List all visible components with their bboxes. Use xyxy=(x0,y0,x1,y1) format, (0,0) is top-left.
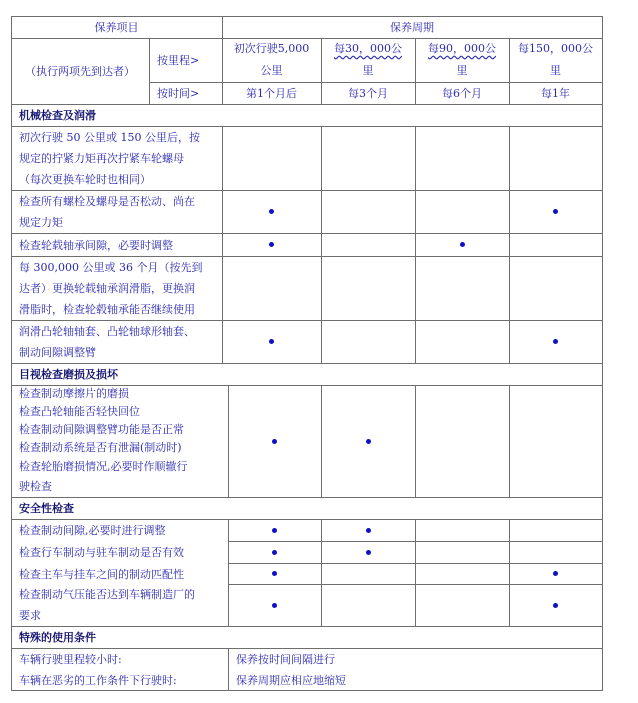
mark-cell xyxy=(228,584,321,626)
item-line: 检查凸轮轴能否轻快回位 xyxy=(19,403,140,421)
bullet-mark-icon xyxy=(269,242,274,247)
section-title-text: 目视检查磨损及损坏 xyxy=(19,366,118,382)
section-title-text: 特殊的使用条件 xyxy=(19,629,96,645)
divider xyxy=(415,519,416,626)
divider xyxy=(509,385,510,497)
priority-note-text: （执行两项先到达者） xyxy=(25,63,135,79)
item-line: 检查行车制动与驻车制动是否有效 xyxy=(19,544,184,560)
bullet-mark-icon xyxy=(269,339,274,344)
bullet-mark-icon xyxy=(272,571,277,576)
mark-cell xyxy=(228,541,321,563)
table-row-item: 检查所有螺栓及螺母是否松动、尚在 规定力矩 xyxy=(11,190,222,233)
item-line: 润滑凸轮轴轴套、凸轮轴球形轴套、 xyxy=(19,321,195,342)
by-mileage-text: 按里程> xyxy=(157,52,199,68)
item-line: 检查制动间隙,必要时进行调整 xyxy=(19,522,166,538)
table-row-item: 每 300,000 公里或 36 个月（按先到 达者）更换轮载轴承润滑脂，更换润… xyxy=(11,256,222,320)
item-line: 检查轮胎磨损情况,必要时作顺辙行 xyxy=(19,457,188,477)
item-line: 规定力矩 xyxy=(19,212,63,233)
item-line: 检查主车与挂车之间的制动匹配性 xyxy=(19,566,184,582)
item-line: 制动间隙调整臂 xyxy=(19,342,96,363)
item-title-text: 保养项目 xyxy=(95,19,139,35)
bullet-mark-icon xyxy=(272,603,277,608)
table-row-item: 检查制动间隙,必要时进行调整 xyxy=(11,519,228,541)
column-header-mileage-2: 每30，000公 里 xyxy=(321,38,415,82)
bullet-mark-icon xyxy=(460,242,465,247)
item-line: （每次更换车轮时也相同） xyxy=(19,169,151,190)
border-right xyxy=(602,16,603,691)
action-text: 保养周期应相应地缩短 xyxy=(236,670,346,691)
mileage-line2: 里 xyxy=(363,60,374,82)
mark-cell xyxy=(228,563,321,584)
section-title-visual: 目视检查磨损及损坏 xyxy=(11,363,602,385)
bullet-mark-icon xyxy=(272,550,277,555)
mileage-line2: 里 xyxy=(457,60,468,82)
priority-note: （执行两项先到达者） xyxy=(11,38,149,104)
section-title-safety: 安全性检查 xyxy=(11,497,602,519)
item-line: 滑脂时，检查轮毂轴承能否继续使用 xyxy=(19,299,195,320)
item-line: 每 300,000 公里或 36 个月（按先到 xyxy=(19,257,202,278)
item-line: 要求 xyxy=(19,605,41,626)
column-header-time-1: 第1个月后 xyxy=(222,82,321,104)
by-time-text: 按时间> xyxy=(157,85,199,101)
bullet-mark-icon xyxy=(553,571,558,576)
bullet-mark-icon xyxy=(272,528,277,533)
mark-cell xyxy=(228,519,321,541)
period-title-text: 保养周期 xyxy=(390,19,434,35)
bullet-mark-icon xyxy=(366,439,371,444)
bullet-mark-icon xyxy=(553,603,558,608)
by-time-label: 按时间> xyxy=(149,82,222,104)
item-line: 检查制动间隙调整臂功能是否正常 xyxy=(19,421,184,439)
item-line: 检查制动摩擦片的磨损 xyxy=(19,385,129,403)
mark-cell xyxy=(415,233,509,256)
table-row-item: 检查轮载轴承间隙，必要时调整 xyxy=(11,233,222,256)
mileage-line1: 初次行驶5,000 xyxy=(234,38,310,60)
mark-cell xyxy=(509,320,602,363)
condition-text: 车辆行驶里程较小时: xyxy=(19,649,122,670)
item-line: 检查制动系统是否有泄漏(制动时) xyxy=(19,439,182,457)
divider xyxy=(321,126,322,363)
bullet-mark-icon xyxy=(269,209,274,214)
table-row-item: 初次行驶 50 公里或 150 公里后，按 规定的拧紧力矩再次拧紧车轮螺母 （每… xyxy=(11,126,222,190)
time-text: 每3个月 xyxy=(348,85,388,101)
section-title-text: 安全性检查 xyxy=(19,500,74,516)
period-title: 保养周期 xyxy=(222,16,602,38)
mileage-line2: 公里 xyxy=(261,60,283,82)
mark-cell xyxy=(228,385,321,497)
table-row-item: 检查主车与挂车之间的制动匹配性 xyxy=(11,563,228,584)
bullet-mark-icon xyxy=(366,528,371,533)
column-header-time-4: 每1年 xyxy=(509,82,602,104)
bullet-mark-icon xyxy=(366,550,371,555)
column-header-mileage-1: 初次行驶5,000 公里 xyxy=(222,38,321,82)
item-line: 驶检查 xyxy=(19,477,52,497)
item-line: 检查制动气压能否达到车辆制造厂的 xyxy=(19,584,195,605)
mark-cell xyxy=(321,519,415,541)
mark-cell xyxy=(222,233,321,256)
section-title-mechanical: 机械检查及润滑 xyxy=(11,104,602,126)
table-row-item: 检查制动气压能否达到车辆制造厂的 要求 xyxy=(11,584,228,626)
mileage-line1: 每30，000公 xyxy=(334,38,402,60)
section-title-special: 特殊的使用条件 xyxy=(11,626,602,648)
time-text: 每6个月 xyxy=(442,85,482,101)
column-header-time-3: 每6个月 xyxy=(415,82,509,104)
condition-text: 车辆在恶劣的工作条件下行驶时: xyxy=(19,670,177,691)
bullet-mark-icon xyxy=(553,339,558,344)
mark-cell xyxy=(321,541,415,563)
item-line: 检查所有螺栓及螺母是否松动、尚在 xyxy=(19,191,195,212)
divider xyxy=(415,385,416,497)
mileage-line2: 里 xyxy=(550,60,561,82)
bullet-mark-icon xyxy=(553,209,558,214)
mark-cell xyxy=(509,563,602,584)
column-header-mileage-3: 每90，000公 里 xyxy=(415,38,509,82)
special-actions: 保养按时间间隔进行 保养周期应相应地缩短 xyxy=(228,648,602,691)
mark-cell xyxy=(509,190,602,233)
special-conditions: 车辆行驶里程较小时: 车辆在恶劣的工作条件下行驶时: xyxy=(11,648,228,691)
mark-cell xyxy=(509,584,602,626)
table-row-item: 检查行车制动与驻车制动是否有效 xyxy=(11,541,228,563)
mark-cell xyxy=(222,320,321,363)
table-row-item: 检查制动摩擦片的磨损 检查凸轮轴能否轻快回位 检查制动间隙调整臂功能是否正常 检… xyxy=(11,385,228,497)
item-line: 检查轮载轴承间隙，必要时调整 xyxy=(19,237,173,253)
column-header-time-2: 每3个月 xyxy=(321,82,415,104)
by-mileage-label: 按里程> xyxy=(149,38,222,82)
item-line: 达者）更换轮载轴承润滑脂，更换润 xyxy=(19,278,195,299)
item-line: 初次行驶 50 公里或 150 公里后，按 xyxy=(19,127,200,148)
column-header-mileage-4: 每150，000公 里 xyxy=(509,38,602,82)
mark-cell xyxy=(321,385,415,497)
item-line: 规定的拧紧力矩再次拧紧车轮螺母 xyxy=(19,148,184,169)
table-row-item: 润滑凸轮轴轴套、凸轮轴球形轴套、 制动间隙调整臂 xyxy=(11,320,222,363)
mark-cell xyxy=(222,190,321,233)
time-text: 第1个月后 xyxy=(246,85,297,101)
bullet-mark-icon xyxy=(272,439,277,444)
item-title: 保养项目 xyxy=(11,16,222,38)
section-title-text: 机械检查及润滑 xyxy=(19,107,96,123)
time-text: 每1年 xyxy=(541,85,570,101)
action-text: 保养按时间间隔进行 xyxy=(236,649,335,670)
mileage-line1: 每150，000公 xyxy=(518,38,593,60)
mileage-line1: 每90，000公 xyxy=(428,38,496,60)
